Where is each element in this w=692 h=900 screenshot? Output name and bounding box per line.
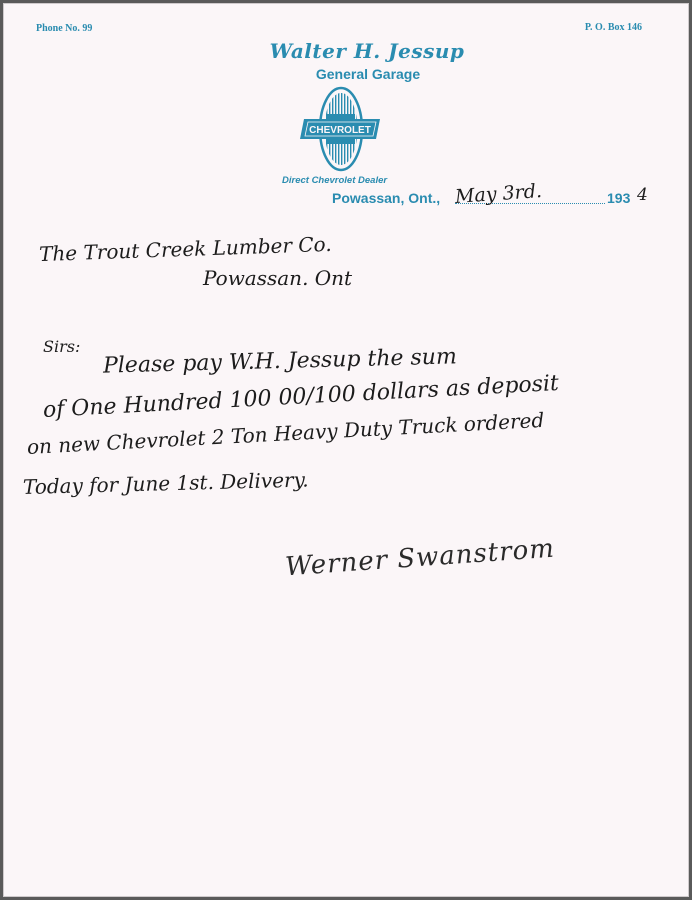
body-line: Today for June 1st. Delivery. [23, 468, 309, 499]
business-type: General Garage [3, 66, 689, 82]
dealer-line: Direct Chevrolet Dealer [282, 175, 387, 186]
business-name: Walter H. Jessup [3, 39, 689, 63]
body-line: Please pay W.H. Jessup the sum [103, 344, 457, 378]
letter-page: Phone No. 99 P. O. Box 146 Walter H. Jes… [3, 3, 689, 897]
handwritten-year-suffix: 4 [637, 185, 648, 205]
po-box: P. O. Box 146 [585, 22, 642, 33]
salutation: Sirs: [43, 337, 80, 356]
recipient-location: Powassan. Ont [203, 266, 352, 290]
signature: Werner Swanstrom [284, 534, 556, 583]
place-label: Powassan, Ont., [332, 190, 440, 206]
recipient-name: The Trout Creek Lumber Co. [39, 232, 332, 266]
year-prefix: 193 [607, 190, 630, 206]
phone-number: Phone No. 99 [36, 23, 92, 34]
chevrolet-emblem-icon: CHEVROLET [296, 85, 386, 178]
svg-text:CHEVROLET: CHEVROLET [309, 125, 371, 136]
